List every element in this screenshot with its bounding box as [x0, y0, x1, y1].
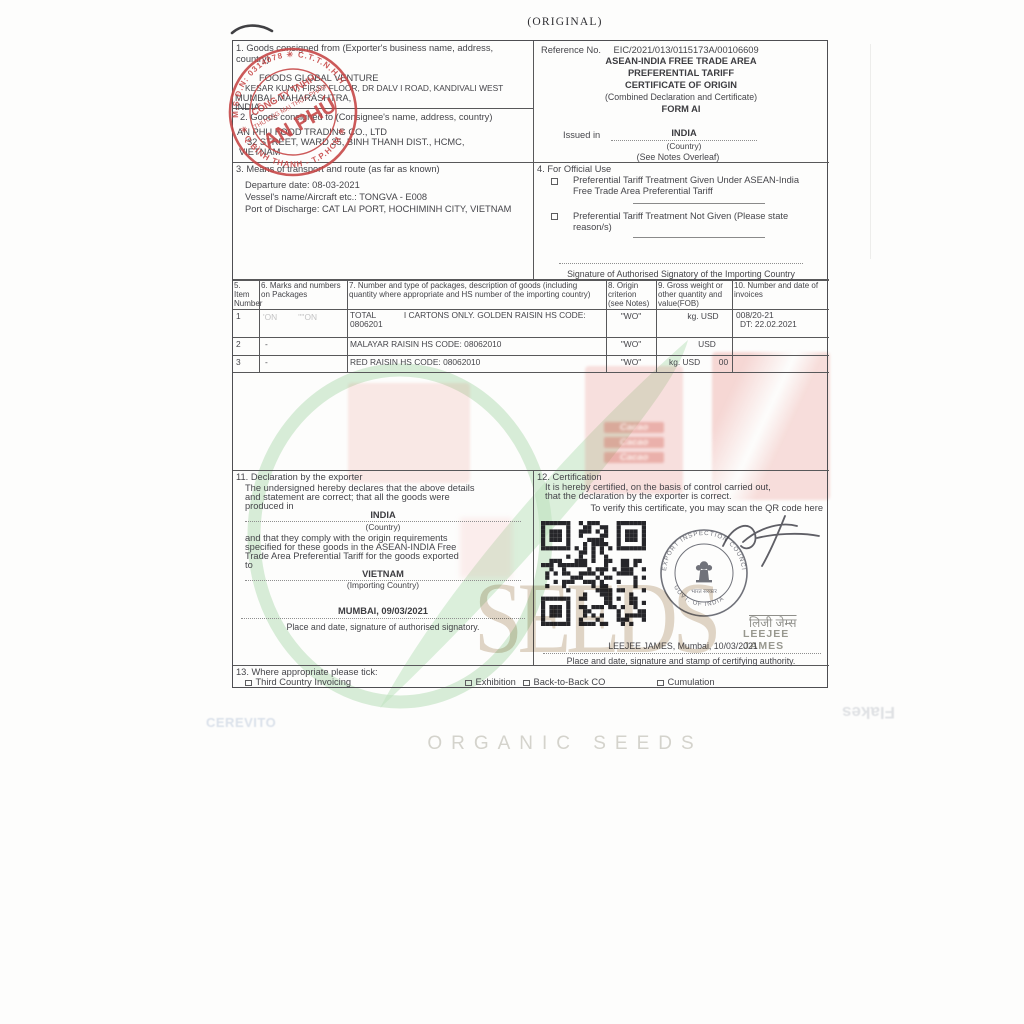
- reference-value: EIC/2021/013/0115173A/00106609: [614, 45, 759, 55]
- row1-marks-ghost: 'ON ''''ON: [263, 313, 317, 323]
- title-line2: PREFERENTIAL TARIFF: [533, 68, 829, 79]
- col-marks-header: 6. Marks and numbers on Packages: [261, 281, 345, 299]
- vessel-name: Vessel's name/Aircraft etc.: TONGVA - E0…: [245, 192, 427, 203]
- form-label: FORM AI: [533, 104, 829, 115]
- port-of-discharge: Port of Discharge: CAT LAI PORT, HOCHIMI…: [245, 204, 511, 215]
- declaration-line6: Trade Area Preferential Tariff for the g…: [245, 551, 459, 562]
- row3-marks: -: [265, 358, 268, 368]
- tick-label: Back-to-Back CO: [534, 677, 606, 687]
- reference-label: Reference No.: [541, 45, 601, 55]
- row2-gross: USD: [656, 340, 732, 350]
- tick-exhibition: Exhibition: [465, 677, 516, 688]
- col-invoice-header: 10. Number and date of invoices: [734, 281, 827, 299]
- showthrough-text-right: Flakes: [815, 702, 895, 722]
- option-tariff-not-given: Preferential Tariff Treatment Not Given …: [573, 211, 805, 233]
- title-subtitle: (Combined Declaration and Certificate): [533, 92, 829, 102]
- organic-seeds-watermark: ORGANIC SEEDS: [400, 733, 730, 755]
- tick-label: Exhibition: [476, 677, 516, 687]
- col-item-header: 5. Item Number: [234, 281, 258, 309]
- tick-third-country: Third Country Invoicing: [245, 677, 351, 688]
- tick-cumulation: Cumulation: [657, 677, 715, 688]
- certification-line2: that the declaration by the exporter is …: [545, 491, 732, 502]
- row3-gross: kg. USD 00: [669, 358, 728, 368]
- issued-in-label: Issued in: [563, 130, 600, 141]
- reference-row: Reference No. EIC/2021/013/0115173A/0010…: [541, 45, 827, 56]
- title-line3: CERTIFICATE OF ORIGIN: [533, 80, 829, 91]
- original-label: (ORIGINAL): [495, 16, 635, 28]
- tick-label: Third Country Invoicing: [256, 677, 352, 687]
- notes-caption: (See Notes Overleaf): [563, 152, 793, 162]
- declaration-line7: to: [245, 560, 253, 571]
- produced-country-caption: (Country): [273, 523, 493, 533]
- row2-description: MALAYAR RAISIN HS CODE: 08062010: [350, 340, 501, 350]
- row3-origin: "WO": [606, 358, 656, 368]
- col-origin-header: 8. Origin criterion (see Notes): [608, 281, 654, 309]
- checkbox-tariff-given: [551, 178, 558, 185]
- checkbox-tariff-not-given: [551, 213, 558, 220]
- box11-title: 11. Declaration by the exporter: [236, 472, 362, 483]
- option-tariff-given: Preferential Tariff Treatment Given Unde…: [573, 175, 811, 197]
- row2-marks: -: [265, 340, 268, 350]
- issued-in-value: INDIA: [611, 128, 757, 139]
- row2-item: 2: [236, 340, 241, 350]
- seeds-large-watermark: SEEDS: [474, 568, 716, 670]
- row1-invoice-line2: DT: 22.02.2021: [740, 320, 797, 330]
- row1-description-line1: TOTAL I CARTONS ONLY. GOLDEN RAISIN HS C…: [350, 311, 586, 321]
- row1-origin: "WO": [606, 312, 656, 322]
- row1-description-line2: 0806201: [350, 320, 383, 330]
- importing-country: VIETNAM: [273, 569, 493, 580]
- exporter-red-stamp: M.S.Đ.N: 0314078 ✳ C.T.T.N.H.H ✳ Q.BÌNH …: [207, 26, 379, 198]
- pen-mark: [228, 20, 276, 38]
- scanned-certificate-page: Cacao Cacao Cacao SEEDS (ORIGINAL) 1. Go…: [0, 0, 1024, 1024]
- checkbox-back-to-back-co: [523, 680, 530, 687]
- row2-origin: "WO": [606, 340, 656, 350]
- row3-description: RED RAISIN HS CODE: 08062010: [350, 358, 480, 368]
- scan-line-artifact: [870, 44, 871, 259]
- importing-country-caption: (Importing Country): [273, 581, 493, 591]
- importing-signature-caption: Signature of Authorised Signatory of the…: [533, 269, 829, 279]
- checkbox-third-country-invoicing: [245, 680, 252, 687]
- produced-country: INDIA: [273, 510, 493, 521]
- col-gross-header: 9. Gross weight or other quantity and va…: [658, 281, 730, 309]
- box4-title: 4. For Official Use: [537, 164, 611, 175]
- title-line1: ASEAN-INDIA FREE TRADE AREA: [533, 56, 829, 67]
- col-description-header: 7. Number and type of packages, descript…: [349, 281, 603, 299]
- certifier-signature: [715, 506, 825, 568]
- tick-back-to-back: Back-to-Back CO: [523, 677, 605, 688]
- checkbox-cumulation: [657, 680, 664, 687]
- tick-label: Cumulation: [668, 677, 715, 687]
- row1-gross: kg. USD: [656, 312, 732, 322]
- row1-item: 1: [236, 312, 241, 322]
- row3-item: 3: [236, 358, 241, 368]
- checkbox-exhibition: [465, 680, 472, 687]
- issued-country-caption: (Country): [611, 142, 757, 152]
